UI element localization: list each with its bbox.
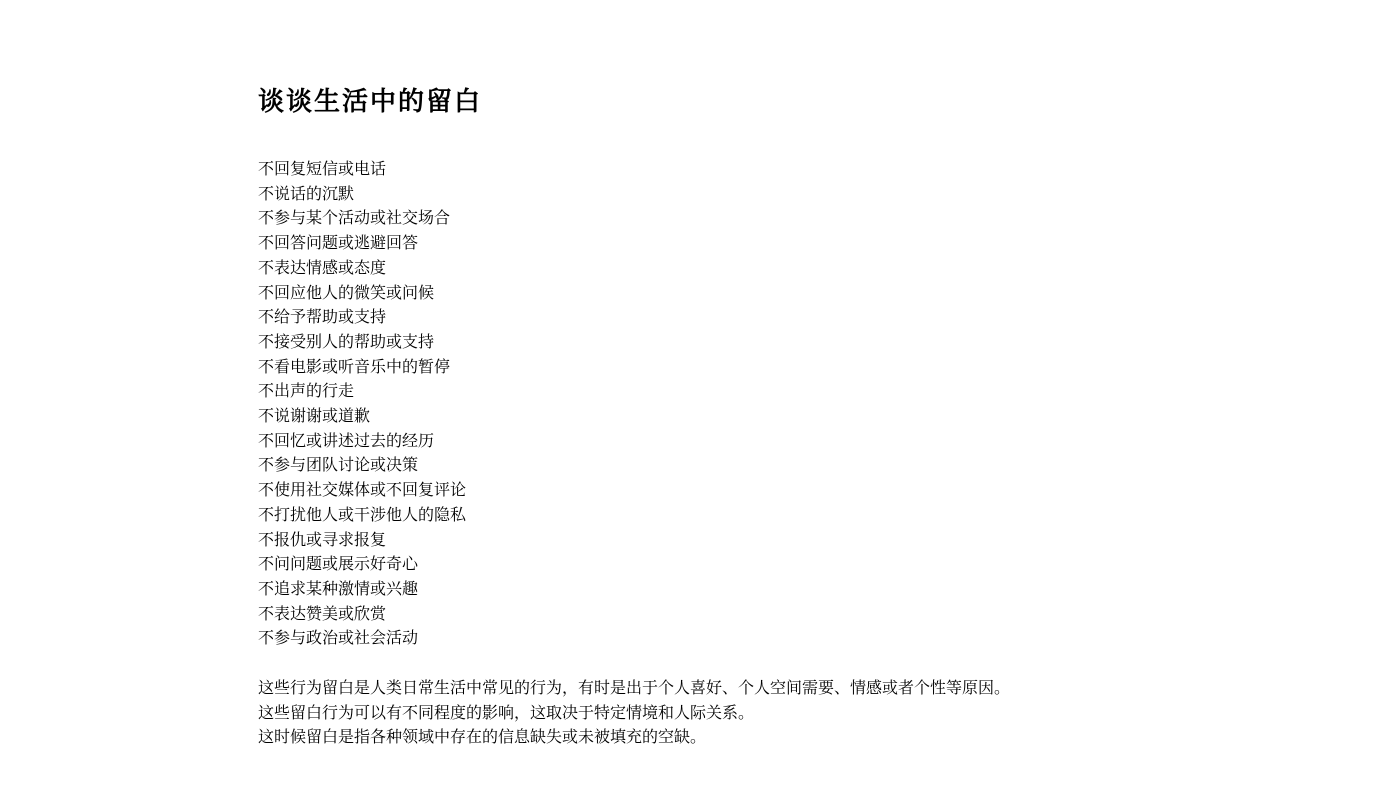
paragraph-line: 这些行为留白是人类日常生活中常见的行为，有时是出于个人喜好、个人空间需要、情感或… (258, 677, 1258, 702)
list-item: 不接受别人的帮助或支持 (258, 331, 1258, 356)
list-item: 不说话的沉默 (258, 183, 1258, 208)
list-item: 不回复短信或电话 (258, 158, 1258, 183)
list-item: 不看电影或听音乐中的暂停 (258, 356, 1258, 381)
list-item: 不参与政治或社会活动 (258, 627, 1258, 652)
list-item: 不表达赞美或欣赏 (258, 603, 1258, 628)
list-item: 不打扰他人或干涉他人的隐私 (258, 504, 1258, 529)
list-item: 不回忆或讲述过去的经历 (258, 430, 1258, 455)
list-item: 不回答问题或逃避回答 (258, 232, 1258, 257)
behavior-list: 不回复短信或电话 不说话的沉默 不参与某个活动或社交场合 不回答问题或逃避回答 … (258, 158, 1258, 652)
list-item: 不追求某种激情或兴趣 (258, 578, 1258, 603)
list-item: 不参与某个活动或社交场合 (258, 207, 1258, 232)
summary-paragraph: 这些行为留白是人类日常生活中常见的行为，有时是出于个人喜好、个人空间需要、情感或… (258, 677, 1258, 751)
list-item: 不出声的行走 (258, 380, 1258, 405)
list-item: 不问问题或展示好奇心 (258, 553, 1258, 578)
page-title: 谈谈生活中的留白 (258, 88, 1258, 115)
list-item: 不说谢谢或道歉 (258, 405, 1258, 430)
list-item: 不给予帮助或支持 (258, 306, 1258, 331)
list-item: 不使用社交媒体或不回复评论 (258, 479, 1258, 504)
list-item: 不参与团队讨论或决策 (258, 454, 1258, 479)
paragraph-line: 这时候留白是指各种领域中存在的信息缺失或未被填充的空缺。 (258, 726, 1258, 751)
list-item: 不回应他人的微笑或问候 (258, 282, 1258, 307)
list-item: 不表达情感或态度 (258, 257, 1258, 282)
paragraph-line: 这些留白行为可以有不同程度的影响，这取决于特定情境和人际关系。 (258, 702, 1258, 727)
list-item: 不报仇或寻求报复 (258, 529, 1258, 554)
document-page: 谈谈生活中的留白 不回复短信或电话 不说话的沉默 不参与某个活动或社交场合 不回… (258, 88, 1258, 751)
